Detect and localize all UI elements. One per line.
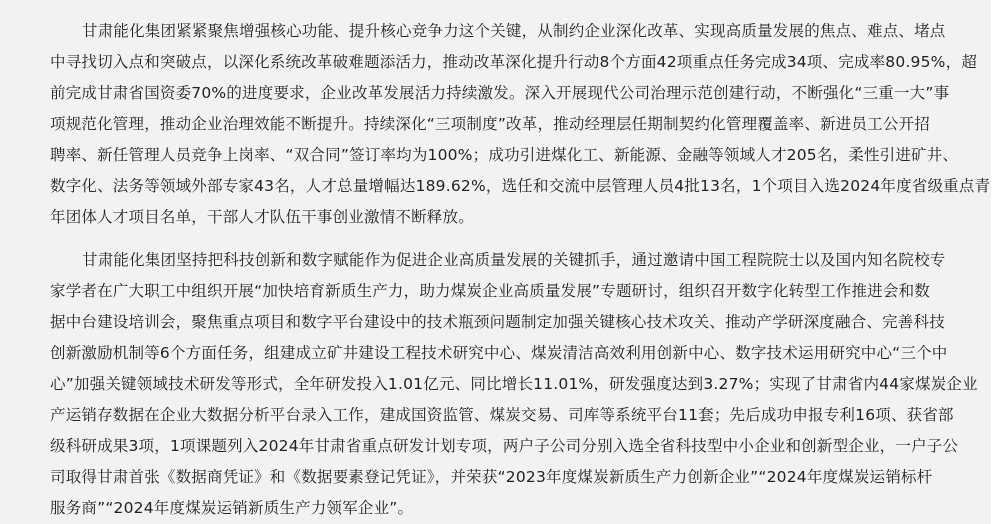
- text-line: 数字化、法务等领域外部专家43名，人才总量增幅达189.62%，选任和交流中层管…: [50, 171, 980, 202]
- text-line: 中寻找切入点和突破点，以深化系统改革破难题添活力，推动改革深化提升行动8个方面4…: [50, 47, 980, 78]
- text-line: 前完成甘肃省国资委70%的进度要求，企业改革发展活力持续激发。深入开展现代公司治…: [50, 78, 980, 109]
- text-line: 司取得甘肃首张《数据商凭证》和《数据要素登记凭证》，并荣获“2023年度煤炭新质…: [50, 462, 980, 493]
- text-line: 服务商”“2024年度煤炭运销新质生产力领军企业”。: [50, 493, 980, 524]
- text-line: 项规范化管理，推动企业治理效能不断提升。持续深化“三项制度”改革，推动经理层任期…: [50, 109, 980, 140]
- document-panel: 甘肃能化集团紧紧聚焦增强核心功能、提升核心竞争力这个关键，从制约企业深化改革、实…: [0, 0, 991, 524]
- text-line: 年团体人才项目名单，干部人才队伍干事创业激情不断释放。: [50, 202, 980, 233]
- text-line: 级科研成果3项，1项课题列入2024年甘肃省重点研发计划专项，两户子公司分别入选…: [50, 431, 980, 462]
- text-line: 产运销存数据在企业大数据分析平台录入工作，建成国资监管、煤炭交易、司库等系统平台…: [50, 400, 980, 431]
- text-line: 甘肃能化集团坚持把科技创新和数字赋能作为促进企业高质量发展的关键抓手，通过邀请中…: [50, 245, 980, 276]
- paragraph-reform: 甘肃能化集团紧紧聚焦增强核心功能、提升核心竞争力这个关键，从制约企业深化改革、实…: [50, 16, 980, 233]
- text-line: 心”加强关键领域技术研发等形式，全年研发投入1.01亿元、同比增长11.01%，…: [50, 369, 980, 400]
- text-line: 创新激励机制等6个方面任务，组建成立矿井建设工程技术研究中心、煤炭清洁高效利用创…: [50, 338, 980, 369]
- text-line: 聘率、新任管理人员竞争上岗率、“双合同”签订率均为100%；成功引进煤化工、新能…: [50, 140, 980, 171]
- text-line: 家学者在广大职工中组织开展“加快培育新质生产力，助力煤炭企业高质量发展”专题研讨…: [50, 276, 980, 307]
- text-line: 据中台建设培训会，聚焦重点项目和数字平台建设中的技术瓶颈问题制定加强关键核心技术…: [50, 307, 980, 338]
- article-body: 甘肃能化集团紧紧聚焦增强核心功能、提升核心竞争力这个关键，从制约企业深化改革、实…: [50, 16, 980, 524]
- text-line: 甘肃能化集团紧紧聚焦增强核心功能、提升核心竞争力这个关键，从制约企业深化改革、实…: [50, 16, 980, 47]
- paragraph-innovation: 甘肃能化集团坚持把科技创新和数字赋能作为促进企业高质量发展的关键抓手，通过邀请中…: [50, 245, 980, 524]
